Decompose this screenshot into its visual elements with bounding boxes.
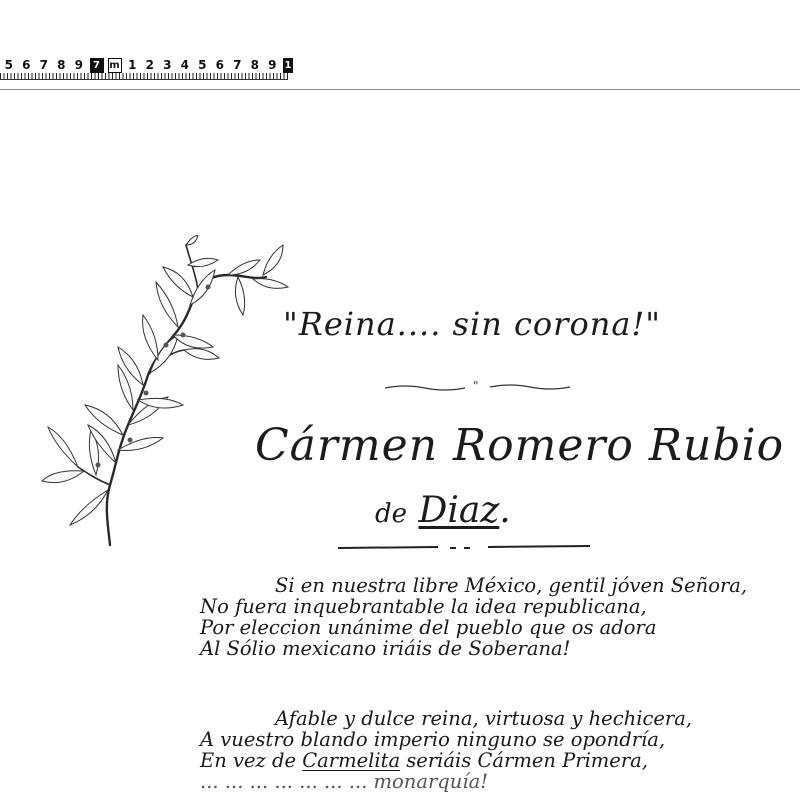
ruler-number: 7	[35, 58, 53, 72]
ruler-number: 1	[124, 58, 142, 72]
poem-fragment: seriáis Cármen Primera,	[406, 749, 648, 772]
ruler-box-mark: 7	[90, 58, 104, 73]
poem-fragment: En vez de	[200, 749, 296, 772]
ruler-box-mark: m	[108, 58, 122, 73]
ruler-number: 7	[229, 58, 247, 72]
poem-line: En vez de Carmelita seriáis Cármen Prime…	[200, 750, 692, 771]
ruler-number: 8	[53, 58, 71, 72]
ruler-number: 5	[0, 58, 18, 72]
poem-line: Afable y dulce reina, virtuosa y hechice…	[200, 708, 692, 729]
poem-line: Si en nuestra libre México, gentil jóven…	[200, 575, 747, 596]
ruler-ticks	[0, 73, 288, 80]
de-word: de	[375, 499, 407, 529]
surname-punct: .	[499, 490, 510, 531]
ruler-end-mark: 1	[283, 58, 293, 73]
poem-line: Por eleccion unánime del pueblo que os a…	[200, 617, 747, 638]
poem-line: Al Sólio mexicano iriáis de Soberana!	[200, 638, 747, 659]
underlined-carmelita: Carmelita	[302, 749, 400, 772]
laurel-branch-icon	[38, 235, 300, 550]
ruler-number: 6	[18, 58, 36, 72]
section-divider	[338, 543, 590, 551]
surname: Diaz	[418, 490, 499, 531]
ruler-number: 6	[211, 58, 229, 72]
ruler-numbers: 5 6 7 8 9 7 m 1 2 3 4 5 6 7 8 9 1	[0, 57, 295, 73]
ruler-number: 8	[246, 58, 264, 72]
ruler-number: 2	[141, 58, 159, 72]
poem-line-partial: ... ... ... ... ... ... ... monarquía!	[200, 771, 692, 792]
ornamental-flourish: "	[385, 381, 575, 393]
honoree-name: Cármen Romero Rubio	[255, 420, 784, 471]
measurement-ruler: 5 6 7 8 9 7 m 1 2 3 4 5 6 7 8 9 1	[0, 57, 290, 81]
poem-line: A vuestro blando imperio ninguno se opon…	[200, 729, 692, 750]
poem-line: No fuera inquebrantable la idea republic…	[200, 596, 747, 617]
poem-stanza-2: Afable y dulce reina, virtuosa y hechice…	[200, 708, 692, 792]
ruler-number: 9	[70, 58, 88, 72]
surname-line: de Diaz.	[375, 490, 511, 531]
ruler-number: 5	[194, 58, 212, 72]
page-edge-rule	[0, 89, 800, 90]
ruler-number: 3	[159, 58, 177, 72]
poem-stanza-1: Si en nuestra libre México, gentil jóven…	[200, 575, 747, 659]
ruler-number: 4	[176, 58, 194, 72]
subtitle-reina-sin-corona: "Reina.... sin corona!"	[283, 305, 661, 343]
ornament-mark: "	[473, 381, 479, 393]
ruler-number: 9	[264, 58, 282, 72]
